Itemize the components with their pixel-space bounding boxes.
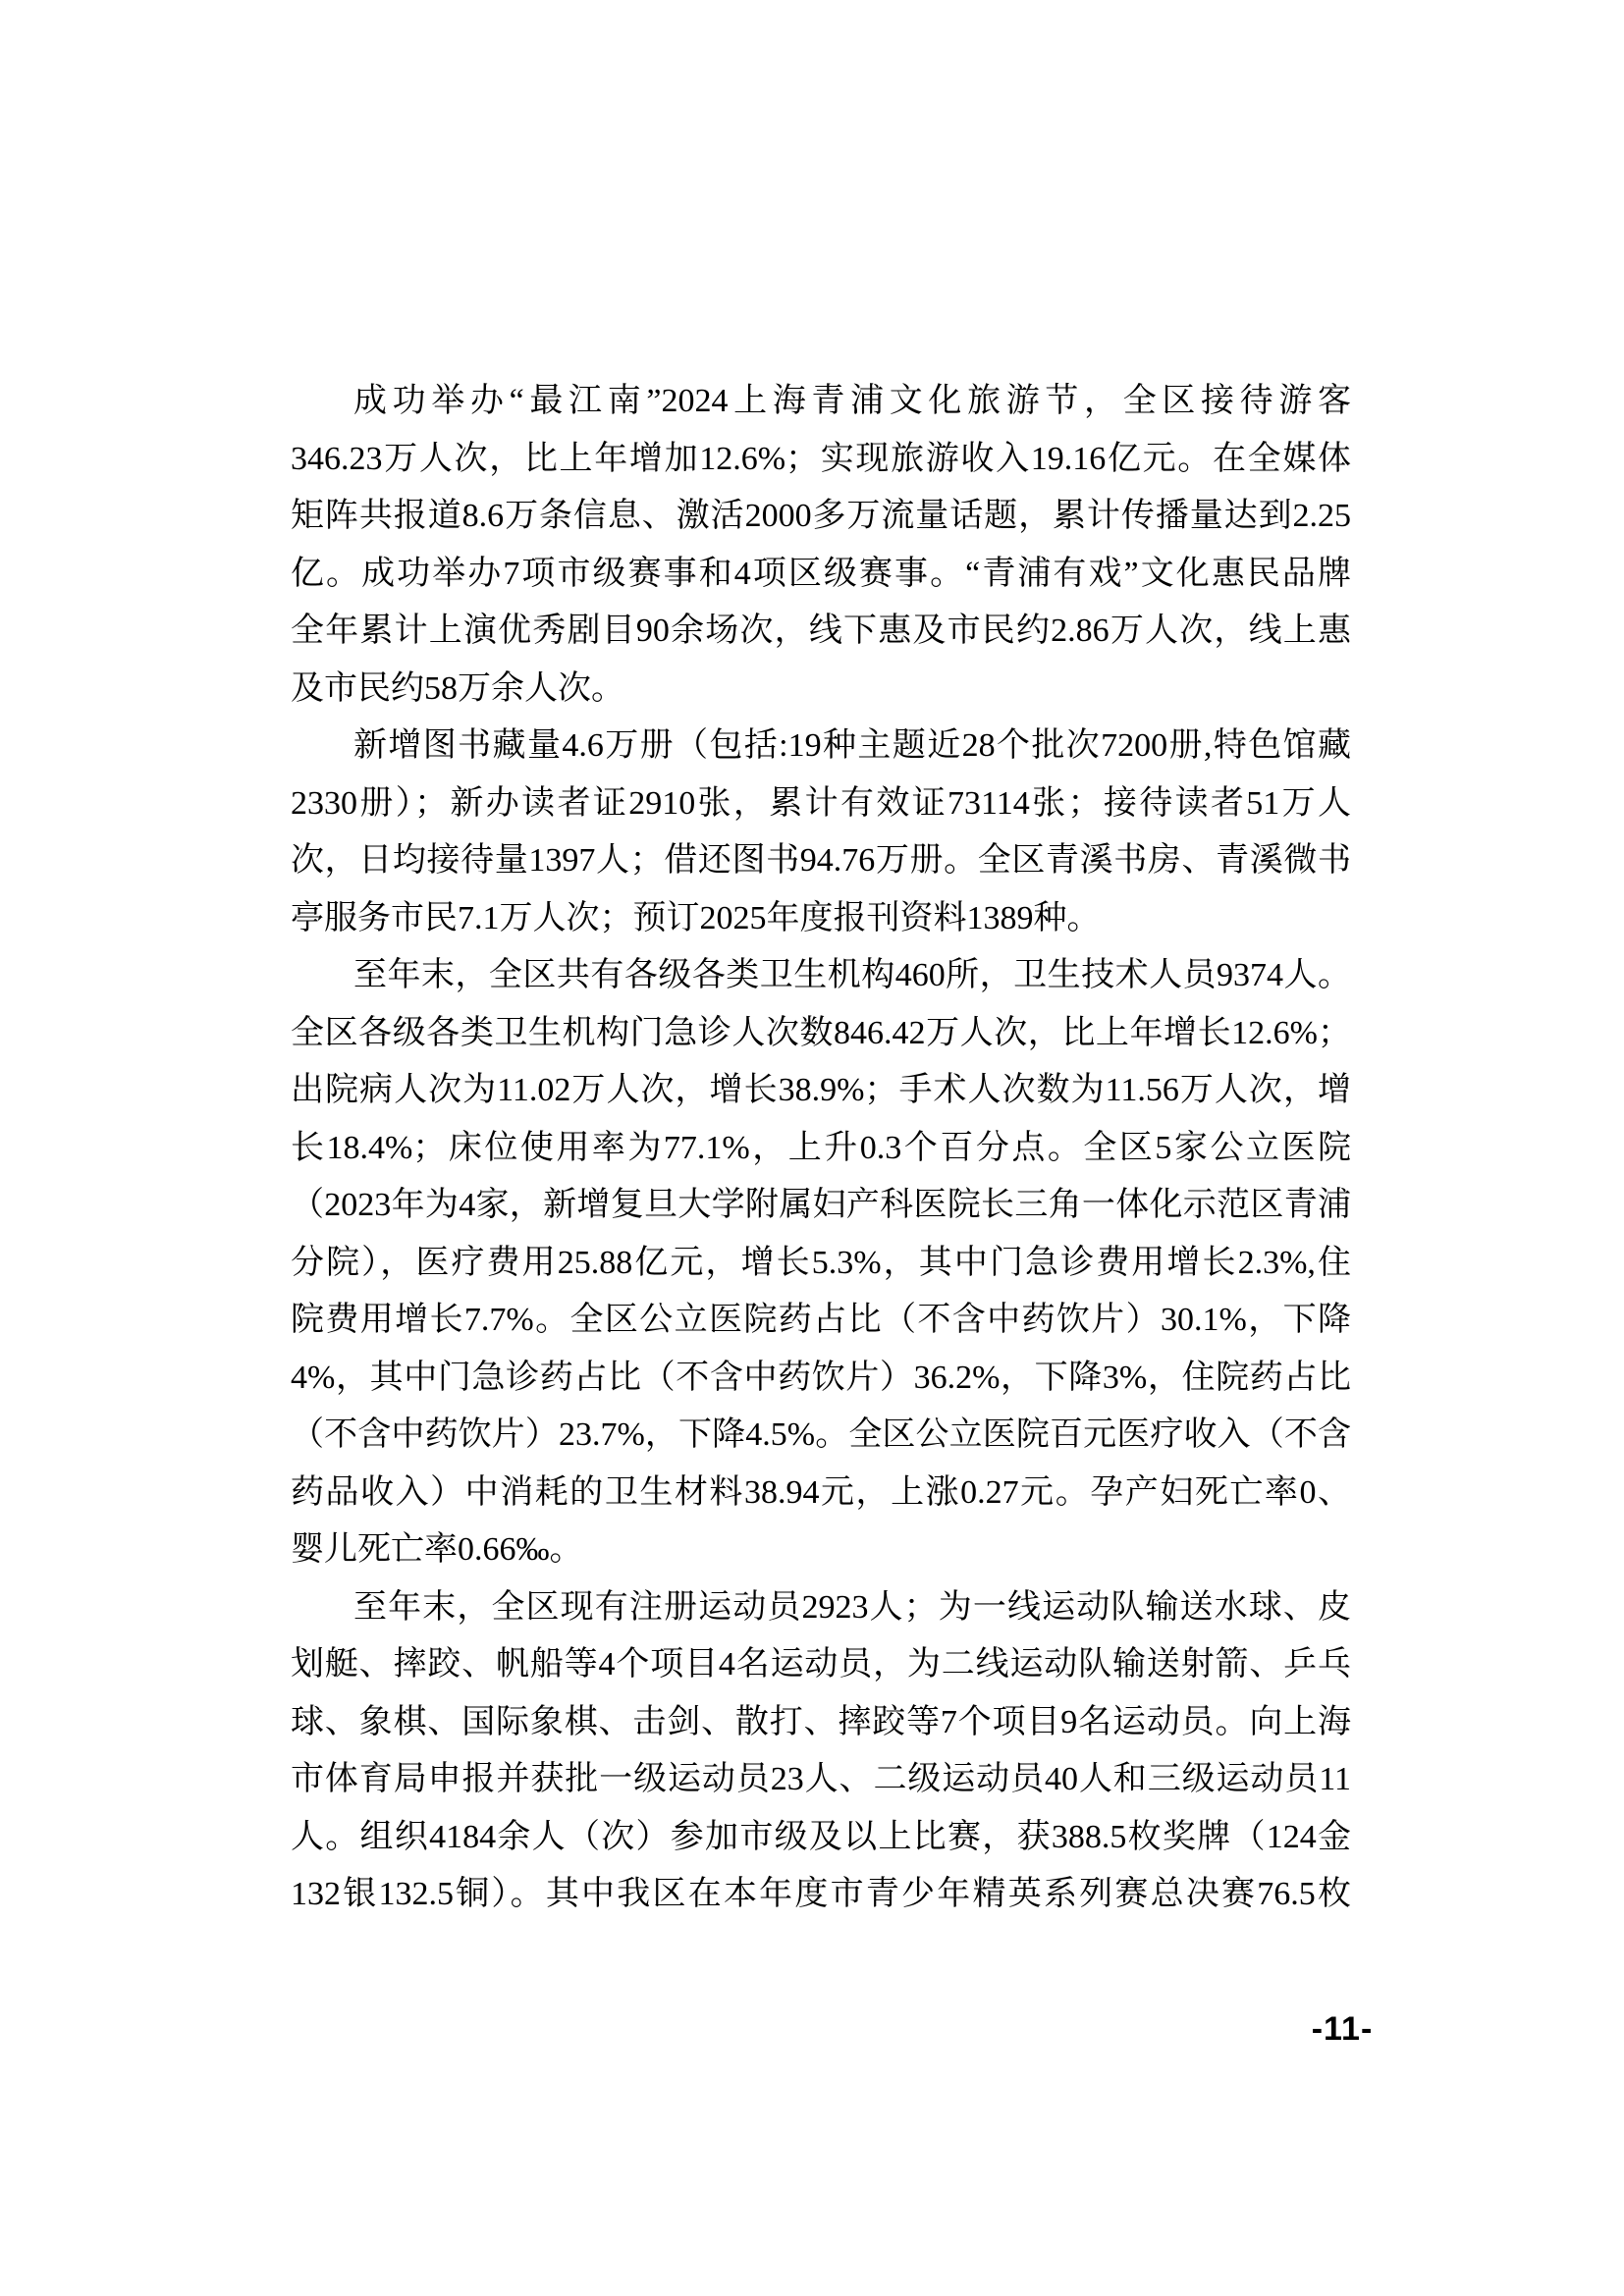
text-line: 亭服务市民7.1万人次；预订2025年度报刊资料1389种。 bbox=[291, 890, 1351, 948]
text-line: 亿。成功举办7项市级赛事和4项区级赛事。“青浦有戏”文化惠民品牌 bbox=[291, 546, 1351, 604]
text-line: 全区各级各类卫生机构门急诊人次数846.42万人次，比上年增长12.6%； bbox=[291, 1005, 1351, 1063]
text-line: 至年末，全区共有各级各类卫生机构460所，卫生技术人员9374人。 bbox=[291, 947, 1351, 1005]
text-line: 长18.4%；床位使用率为77.1%，上升0.3个百分点。全区5家公立医院 bbox=[291, 1120, 1351, 1178]
text-line: 人。组织4184余人（次）参加市级及以上比赛，获388.5枚奖牌（124金 bbox=[291, 1809, 1351, 1867]
text-line: 次，日均接待量1397人；借还图书94.76万册。全区青溪书房、青溪微书 bbox=[291, 832, 1351, 890]
text-line: 院费用增长7.7%。全区公立医院药占比（不含中药饮片）30.1%，下降 bbox=[291, 1292, 1351, 1350]
text-line: 4%，其中门急诊药占比（不含中药饮片）36.2%，下降3%，住院药占比 bbox=[291, 1350, 1351, 1408]
paragraph-health: 至年末，全区共有各级各类卫生机构460所，卫生技术人员9374人。 全区各级各类… bbox=[291, 947, 1351, 1579]
text-line: 矩阵共报道8.6万条信息、激活2000多万流量话题，累计传播量达到2.25 bbox=[291, 488, 1351, 546]
text-line: 新增图书藏量4.6万册（包括:19种主题近28个批次7200册,特色馆藏 bbox=[291, 718, 1351, 775]
page-number: -11- bbox=[1298, 2010, 1386, 2049]
text-line: 至年末，全区现有注册运动员2923人；为一线运动队输送水球、皮 bbox=[291, 1579, 1351, 1637]
text-line: 婴儿死亡率0.66‰。 bbox=[291, 1522, 1351, 1579]
text-line: 药品收入）中消耗的卫生材料38.94元，上涨0.27元。孕产妇死亡率0、 bbox=[291, 1465, 1351, 1522]
document-page: 成功举办“最江南”2024上海青浦文化旅游节，全区接待游客 346.23万人次，… bbox=[0, 0, 1624, 2296]
text-line: 2330册）；新办读者证2910张，累计有效证73114张；接待读者51万人 bbox=[291, 775, 1351, 833]
text-line: （2023年为4家，新增复旦大学附属妇产科医院长三角一体化示范区青浦 bbox=[291, 1177, 1351, 1235]
text-line: 市体育局申报并获批一级运动员23人、二级运动员40人和三级运动员11 bbox=[291, 1751, 1351, 1809]
text-line: 成功举办“最江南”2024上海青浦文化旅游节，全区接待游客 bbox=[291, 373, 1351, 431]
text-line: （不含中药饮片）23.7%，下降4.5%。全区公立医院百元医疗收入（不含 bbox=[291, 1407, 1351, 1465]
text-line: 346.23万人次，比上年增加12.6%；实现旅游收入19.16亿元。在全媒体 bbox=[291, 431, 1351, 489]
text-line: 划艇、摔跤、帆船等4个项目4名运动员，为二线运动队输送射箭、乒乓 bbox=[291, 1636, 1351, 1694]
text-line: 及市民约58万余人次。 bbox=[291, 661, 1351, 719]
paragraph-sports: 至年末，全区现有注册运动员2923人；为一线运动队输送水球、皮 划艇、摔跤、帆船… bbox=[291, 1579, 1351, 1924]
text-line: 分院），医疗费用25.88亿元，增长5.3%，其中门急诊费用增长2.3%,住 bbox=[291, 1235, 1351, 1293]
paragraph-library: 新增图书藏量4.6万册（包括:19种主题近28个批次7200册,特色馆藏 233… bbox=[291, 718, 1351, 947]
text-line: 球、象棋、国际象棋、击剑、散打、摔跤等7个项目9名运动员。向上海 bbox=[291, 1694, 1351, 1752]
paragraph-culture-tourism: 成功举办“最江南”2024上海青浦文化旅游节，全区接待游客 346.23万人次，… bbox=[291, 373, 1351, 718]
text-line: 132银132.5铜）。其中我区在本年度市青少年精英系列赛总决赛76.5枚 bbox=[291, 1866, 1351, 1924]
text-line: 全年累计上演优秀剧目90余场次，线下惠及市民约2.86万人次，线上惠 bbox=[291, 603, 1351, 661]
text-line: 出院病人次为11.02万人次，增长38.9%；手术人次数为11.56万人次，增 bbox=[291, 1062, 1351, 1120]
document-body: 成功举办“最江南”2024上海青浦文化旅游节，全区接待游客 346.23万人次，… bbox=[291, 373, 1351, 1924]
